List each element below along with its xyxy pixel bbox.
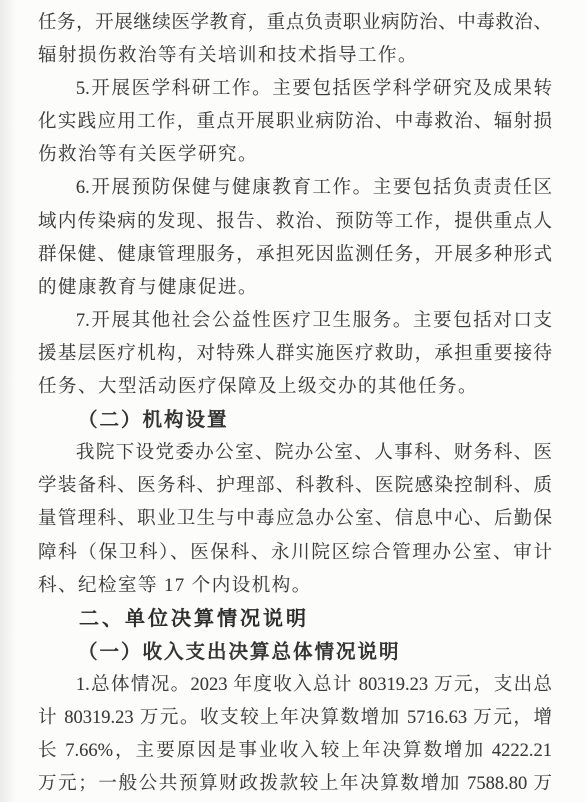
document-page: 任务，开展继续医学教育，重点负责职业病防治、中毒救治、 辐射损伤救治等有关培训和… bbox=[0, 0, 586, 802]
text-line: 我院下设党委办公室、院办公室、人事科、财务科、医 bbox=[38, 437, 552, 470]
heading-final-accounts: 二、单位决算情况说明 bbox=[38, 603, 552, 636]
heading-income-expense: （一）收入支出决算总体情况说明 bbox=[38, 636, 552, 669]
text-line: 6.开展预防保健与健康教育工作。主要包括负责责任区 bbox=[38, 172, 552, 205]
text-line: 计 80319.23 万元。收支较上年决算数增加 5716.63 万元，增 bbox=[38, 702, 552, 735]
text-line: 伤救治等有关医学研究。 bbox=[38, 139, 552, 172]
text-line: 化实践应用工作，重点开展职业病防治、中毒救治、辐射损 bbox=[38, 106, 552, 139]
text-line: 任务，开展继续医学教育，重点负责职业病防治、中毒救治、 bbox=[38, 7, 552, 40]
text-line: 辐射损伤救治等有关培训和技术指导工作。 bbox=[38, 40, 552, 73]
text-line: 学装备科、医务科、护理部、科教科、医院感染控制科、质 bbox=[38, 470, 552, 503]
text-line: 群保健、健康管理服务，承担死因监测任务，开展多种形式 bbox=[38, 239, 552, 272]
text-line: 科、纪检室等 17 个内设机构。 bbox=[38, 570, 552, 603]
heading-org-setup: （二）机构设置 bbox=[38, 404, 552, 437]
text-line: 1.总体情况。2023 年度收入总计 80319.23 万元，支出总 bbox=[38, 669, 552, 702]
text-line: 长 7.66%，主要原因是事业收入较上年决算数增加 4222.21 bbox=[38, 735, 552, 768]
text-line: 7.开展其他社会公益性医疗卫生服务。主要包括对口支 bbox=[38, 305, 552, 338]
text-line: 援基层医疗机构，对特殊人群实施医疗救助，承担重要接待 bbox=[38, 338, 552, 371]
text-line: 的健康教育与健康促进。 bbox=[38, 272, 552, 305]
text-line: 障科（保卫科）、医保科、永川院区综合管理办公室、审计 bbox=[38, 537, 552, 570]
text-line: 5.开展医学科研工作。主要包括医学科学研究及成果转 bbox=[38, 73, 552, 106]
text-line: 域内传染病的发现、报告、救治、预防等工作，提供重点人 bbox=[38, 206, 552, 239]
text-line: 万元；一般公共预算财政拨款较上年决算数增加 7588.80 万 bbox=[38, 768, 552, 801]
text-line: 任务、大型活动医疗保障及上级交办的其他任务。 bbox=[38, 371, 552, 404]
text-line: 量管理科、职业卫生与中毒应急办公室、信息中心、后勤保 bbox=[38, 503, 552, 536]
